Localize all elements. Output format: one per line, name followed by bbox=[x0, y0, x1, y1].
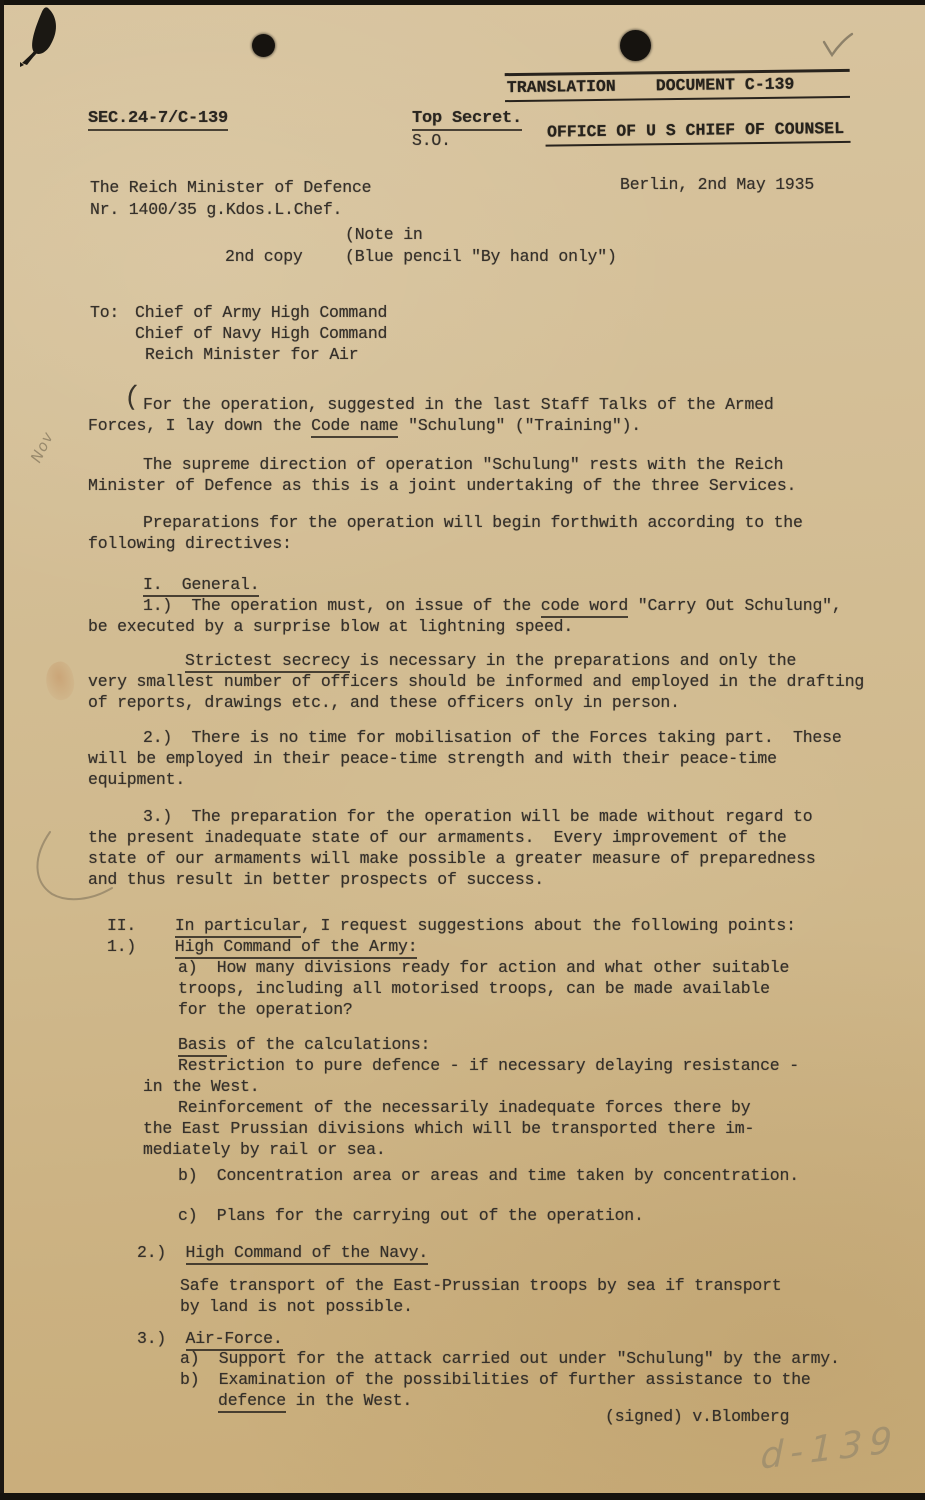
signature: (signed) v.Blomberg bbox=[605, 1407, 789, 1427]
pencil-curve-mark bbox=[20, 830, 130, 920]
body-line: For the operation, suggested in the last… bbox=[143, 395, 774, 415]
body-line: b) Concentration area or areas and time … bbox=[178, 1166, 799, 1186]
body-line: Forces, I lay down the Code name "Schulu… bbox=[88, 416, 641, 436]
body-line: Restriction to pure defence - if necessa… bbox=[178, 1056, 799, 1076]
sender: The Reich Minister of Defence bbox=[90, 178, 371, 198]
recipients-label: To: bbox=[90, 303, 119, 323]
body-line: Safe transport of the East-Prussian troo… bbox=[180, 1276, 782, 1296]
stamp-line-2: OFFICE OF U S CHIEF OF COUNSEL bbox=[545, 118, 850, 147]
body-line: b) Examination of the possibilities of f… bbox=[180, 1370, 811, 1390]
body-line: by land is not possible. bbox=[180, 1297, 413, 1317]
recipient-army: Chief of Army High Command bbox=[135, 303, 387, 323]
body-line: Basis of the calculations: bbox=[178, 1035, 430, 1055]
body-line: be executed by a surprise blow at lightn… bbox=[88, 617, 573, 637]
recipient-air: Reich Minister for Air bbox=[145, 345, 358, 365]
dateline: Berlin, 2nd May 1935 bbox=[620, 175, 814, 195]
body-line: Preparations for the operation will begi… bbox=[143, 513, 803, 533]
note-line-2: (Blue pencil "By hand only") bbox=[345, 247, 617, 267]
body-line: the East Prussian divisions which will b… bbox=[143, 1119, 754, 1139]
scan-edge-left bbox=[0, 0, 4, 1500]
body-line: equipment. bbox=[88, 770, 185, 790]
body-line: Reinforcement of the necessarily inadequ… bbox=[178, 1098, 750, 1118]
body-line: Minister of Defence as this is a joint u… bbox=[88, 476, 796, 496]
body-line: following directives: bbox=[88, 534, 292, 554]
classification-sub: S.O. bbox=[412, 131, 451, 151]
ink-mark bbox=[14, 2, 78, 80]
note-line-1: (Note in bbox=[345, 225, 423, 245]
section-heading: II. In particular, I request suggestions… bbox=[107, 916, 796, 936]
document-page: TRANSLATION DOCUMENT C-139 OFFICE OF U S… bbox=[0, 0, 925, 1500]
body-line: c) Plans for the carrying out of the ope… bbox=[178, 1206, 644, 1226]
handwritten-paren-mark: ( bbox=[122, 382, 141, 414]
subsection-heading: 3.) Air-Force. bbox=[137, 1329, 283, 1349]
body-line: for the operation? bbox=[178, 1000, 353, 1020]
body-line: and thus result in better prospects of s… bbox=[88, 870, 544, 890]
stamp-line-1: TRANSLATION DOCUMENT C-139 bbox=[505, 69, 850, 102]
scan-edge-bottom bbox=[0, 1493, 925, 1500]
body-line: troops, including all motorised troops, … bbox=[178, 979, 770, 999]
subsection-heading: 1.) High Command of the Army: bbox=[107, 937, 417, 957]
body-line: a) How many divisions ready for action a… bbox=[178, 958, 789, 978]
body-line: 2.) There is no time for mobilisation of… bbox=[143, 728, 842, 748]
body-line: 3.) The preparation for the operation wi… bbox=[143, 807, 812, 827]
paper-stain bbox=[42, 659, 79, 703]
stamp-translation-label: TRANSLATION bbox=[507, 77, 616, 98]
reference-number: Nr. 1400/35 g.Kdos.L.Chef. bbox=[90, 200, 342, 220]
body-line: mediately by rail or sea. bbox=[143, 1140, 386, 1160]
file-ref: SEC.24-7/C-139 bbox=[88, 109, 228, 129]
body-line: The supreme direction of operation "Schu… bbox=[143, 455, 783, 475]
subsection-heading: 2.) High Command of the Navy. bbox=[137, 1243, 428, 1263]
body-line: the present inadequate state of our arma… bbox=[88, 828, 787, 848]
copy-number: 2nd copy bbox=[225, 247, 303, 267]
hole-punch bbox=[620, 30, 651, 61]
body-line: state of our armaments will make possibl… bbox=[88, 849, 816, 869]
recipient-navy: Chief of Navy High Command bbox=[135, 324, 387, 344]
translation-stamp: TRANSLATION DOCUMENT C-139 OFFICE OF U S… bbox=[504, 29, 850, 167]
body-line: a) Support for the attack carried out un… bbox=[180, 1349, 840, 1369]
stamp-document-number: DOCUMENT C-139 bbox=[656, 75, 795, 97]
pencil-check-icon bbox=[822, 32, 856, 62]
handwritten-page-number: d-139 bbox=[760, 1419, 899, 1477]
body-line: very smallest number of officers should … bbox=[88, 672, 864, 692]
body-line: in the West. bbox=[143, 1077, 259, 1097]
body-line: 1.) The operation must, on issue of the … bbox=[143, 596, 842, 616]
body-line: defence in the West. bbox=[218, 1391, 412, 1411]
classification: Top Secret. bbox=[412, 109, 522, 129]
margin-note: Nov bbox=[27, 429, 57, 466]
scan-edge-top bbox=[0, 0, 925, 5]
body-line: Strictest secrecy is necessary in the pr… bbox=[185, 651, 796, 671]
section-heading: I. General. bbox=[143, 575, 259, 595]
body-line: of reports, drawings etc., and these off… bbox=[88, 693, 680, 713]
hole-punch bbox=[252, 34, 275, 57]
body-line: will be employed in their peace-time str… bbox=[88, 749, 777, 769]
